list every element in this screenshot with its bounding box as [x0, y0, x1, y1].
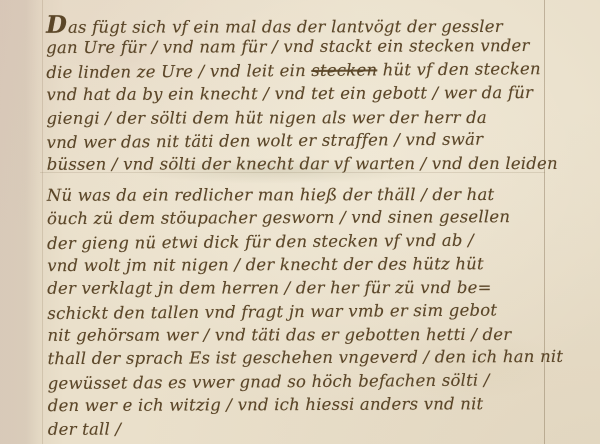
manuscript-line: nit gehörsam wer / vnd täti das er gebot…	[47, 323, 562, 347]
manuscript-line: vnd wer das nit täti den wolt er straffe…	[47, 127, 562, 154]
manuscript-line: öuch zü dem stöupacher gesworn / vnd sin…	[47, 205, 562, 231]
line-text: öuch zü dem stöupacher gesworn / vnd sin…	[47, 207, 510, 228]
margin-rule-left	[42, 0, 43, 444]
line-text: den wer e ich witzig / vnd ich hiessi an…	[48, 394, 484, 415]
manuscript-line: vnd hat da by ein knecht / vnd tet ein g…	[46, 81, 561, 107]
line-text: gewüsset das es vwer gnad so höch befach…	[48, 370, 490, 392]
manuscript-line: büssen / vnd sölti der knecht dar vf war…	[47, 152, 562, 176]
manuscript-line: der tall /	[48, 416, 563, 440]
manuscript-line: die linden ze Ure / vnd leit ein stecken…	[46, 57, 561, 84]
line-text: as fügt sich vf ein mal das der lantvögt…	[68, 17, 503, 37]
line-text: die linden ze Ure / vnd leit ein	[46, 61, 311, 82]
manuscript-line: gan Ure für / vnd nam für / vnd stackt e…	[46, 34, 561, 60]
line-text: der tall /	[48, 419, 121, 438]
line-text: giengi / der sölti dem hüt nigen als wer…	[47, 108, 487, 128]
line-text: nit gehörsam wer / vnd täti das er gebot…	[47, 325, 511, 345]
manuscript-line: giengi / der sölti dem hüt nigen als wer…	[47, 105, 562, 129]
manuscript-line: der verklagt jn dem herren / der her für…	[47, 276, 562, 300]
manuscript-line: thall der sprach Es ist geschehen vngeve…	[48, 345, 563, 371]
line-text: vnd wer das nit täti den wolt er straffe…	[47, 130, 484, 152]
manuscript-line: der gieng nü etwi dick für den stecken v…	[47, 227, 562, 254]
line-text: vnd hat da by ein knecht / vnd tet ein g…	[46, 83, 533, 104]
line-text: vnd wolt jm nit nigen / der knecht der d…	[47, 254, 484, 275]
text-block: Das fügt sich vf ein mal das der lantvög…	[46, 11, 563, 441]
manuscript-line: Das fügt sich vf ein mal das der lantvög…	[46, 12, 561, 36]
line-text: der verklagt jn dem herren / der her für…	[47, 278, 491, 298]
line-text: der gieng nü etwi dick für den stecken v…	[47, 230, 474, 252]
manuscript-line: den wer e ich witzig / vnd ich hiessi an…	[48, 392, 563, 418]
line-text: büssen / vnd sölti der knecht dar vf war…	[47, 154, 558, 174]
paragraph: Das fügt sich vf ein mal das der lantvög…	[46, 11, 562, 177]
line-text: Nü was da ein redlicher man hieß der thä…	[47, 185, 495, 205]
page-gutter-edge	[0, 0, 38, 444]
manuscript-page: Das fügt sich vf ein mal das der lantvög…	[0, 0, 600, 444]
struck-word: stecken	[311, 60, 377, 80]
manuscript-line: Nü was da ein redlicher man hieß der thä…	[47, 183, 562, 207]
line-text: gan Ure für / vnd nam für / vnd stackt e…	[46, 36, 529, 57]
line-text: hüt vf den stecken	[377, 59, 541, 79]
manuscript-line: schickt den tallen vnd fragt jn war vmb …	[47, 298, 562, 325]
line-text: thall der sprach Es ist geschehen vngeve…	[48, 347, 564, 368]
manuscript-line: gewüsset das es vwer gnad so höch befach…	[48, 368, 563, 395]
decorated-initial: D	[46, 10, 68, 39]
paragraph: Nü was da ein redlicher man hieß der thä…	[47, 182, 563, 442]
manuscript-line: vnd wolt jm nit nigen / der knecht der d…	[47, 252, 562, 278]
line-text: schickt den tallen vnd fragt jn war vmb …	[47, 300, 497, 323]
